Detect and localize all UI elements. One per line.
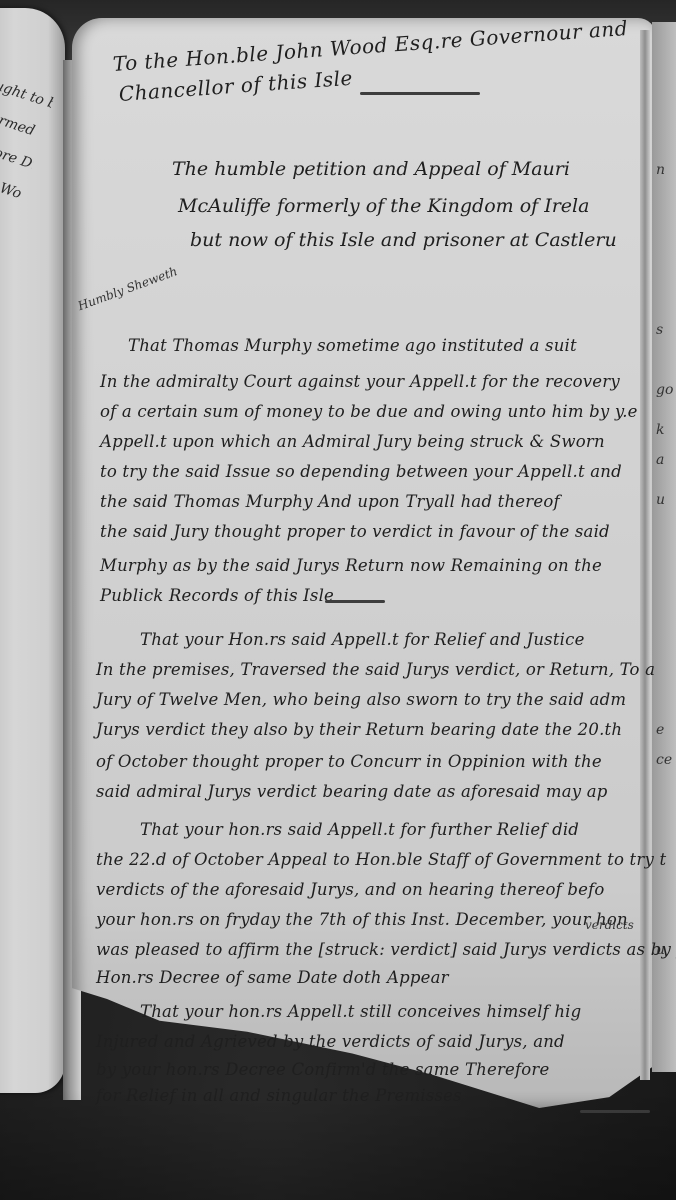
para1-line: of a certain sum of money to be due and … [100,402,638,421]
para3-line: your hon.rs on fryday the 7th of this In… [96,910,628,929]
title-line-3: but now of this Isle and prisoner at Cas… [190,229,617,251]
para2-line: In the premises, Traversed the said Jury… [96,660,655,679]
next-page-char: s [656,322,663,338]
flourish-underline [325,600,385,603]
para1-line: Appell.t upon which an Admiral Jury bein… [100,432,605,451]
flourish-underline [360,92,480,95]
para1-line: In the admiralty Court against your Appe… [100,372,620,391]
next-page-char: a [656,452,664,468]
next-page-char: e [656,722,664,738]
para3-line: Hon.rs Decree of same Date doth Appear [96,968,449,987]
para4-line: Injured and Agrieved by the verdicts of … [96,1032,565,1051]
para2-line: Jurys verdict they also by their Return … [96,720,622,739]
para1-line: That Thomas Murphy sometime ago institut… [128,336,577,355]
para1-line: the said Thomas Murphy And upon Tryall h… [100,492,560,511]
next-page-char: ce [656,752,672,768]
para1-line: the said Jury thought proper to verdict … [100,522,610,541]
next-page-char: u [656,492,665,508]
para3-line: was pleased to affirm the [struck: verdi… [96,940,676,959]
next-page-char: n [656,162,665,178]
para2-line: Jury of Twelve Men, who being also sworn… [96,690,626,709]
para2-line: said admiral Jurys verdict bearing date … [96,782,608,801]
para1-line: Murphy as by the said Jurys Return now R… [100,556,602,575]
title-line-2: McAuliffe formerly of the Kingdom of Ire… [178,195,589,217]
page-edge-fold [640,30,650,1080]
left-page-fragment: ught to b ffirmed refore Dis John Wo [0,8,65,1093]
interlinear-insertion: verdicts [585,918,634,932]
next-page-char: k [656,422,664,438]
next-page-fragment: n s go k a u e ce u [652,22,676,1072]
title-line-1: The humble petition and Appeal of Mauri [172,158,570,180]
left-page-text: ught to b ffirmed refore Dis John Wo [0,70,57,210]
para1-line: Publick Records of this Isle [100,586,334,605]
para3-line: verdicts of the aforesaid Jurys, and on … [96,880,605,899]
para4-line: That your hon.rs Appell.t still conceive… [140,1002,581,1021]
para2-line: That your Hon.rs said Appell.t for Relie… [140,630,585,649]
para1-line: to try the said Issue so depending betwe… [100,462,622,481]
next-page-char: go [656,382,673,398]
background-shadow [0,1090,676,1200]
para4-line: by your hon.rs Decree Confirm'd the same… [96,1060,550,1079]
para3-line: the 22.d of October Appeal to Hon.ble St… [96,850,666,869]
para2-line: of October thought proper to Concurr in … [96,752,602,771]
para3-line: That your hon.rs said Appell.t for furth… [140,820,579,839]
